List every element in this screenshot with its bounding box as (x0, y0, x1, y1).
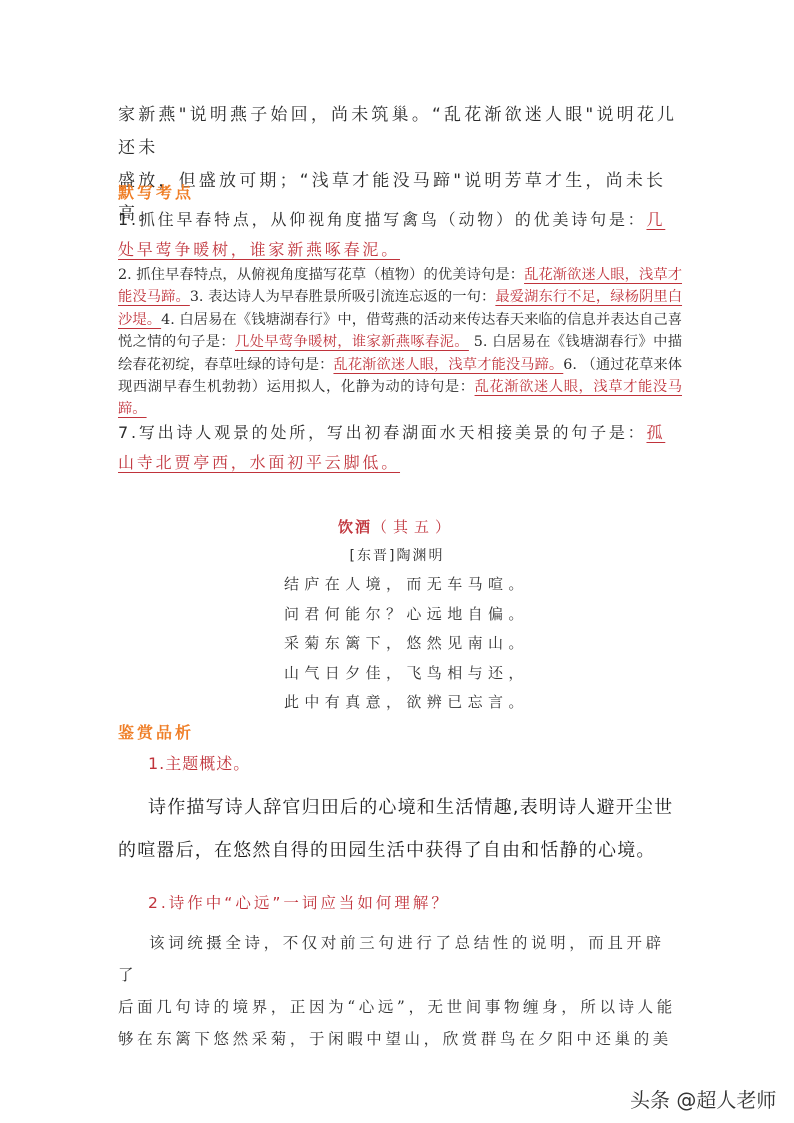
poem-title-sub: （其五） (372, 518, 456, 536)
section-2-body: 该词统摄全诗，不仅对前三句进行了总结性的说明，而且开辟了 后面几句诗的境界，正因… (118, 927, 680, 1055)
dictation-question-7: 7.写出诗人观景的处所，写出初春湖面水天相接美景的句子是：孤山寺北贾亭西，水面初… (118, 418, 678, 478)
section-2-line-3: 够在东篱下悠然采菊，于闲暇中望山，欣赏群鸟在夕阳中还巢的美 (118, 1023, 680, 1055)
question-7-prompt: 7.写出诗人观景的处所，写出初春湖面水天相接美景的句子是： (118, 423, 646, 442)
question-4-answer: 几处早莺争暖树，谁家新燕啄春泥。 (235, 334, 469, 350)
section-2-title: 2.诗作中“心远”一词应当如何理解？ (148, 891, 450, 913)
section-1-line-1: 诗作描写诗人辞官归田后的心境和生活情趣,表明诗人避开尘世 (118, 786, 680, 829)
section-2-line-1: 该词统摄全诗，不仅对前三句进行了总结性的说明，而且开辟了 (118, 927, 680, 991)
section-2-line-2: 后面几句诗的境界，正因为“心远”，无世间事物缠身，所以诗人能 (118, 991, 680, 1023)
poem-title-main: 饮酒 (338, 518, 372, 536)
poem-line: 山气日夕佳，飞鸟相与还， (284, 659, 529, 689)
poem-line: 结庐在人境，而无车马喧。 (284, 570, 529, 600)
question-5-answer: 乱花渐欲迷人眼，浅草才能没马蹄。 (333, 357, 563, 373)
dictation-question-1: 1.抓住早春特点，从仰视角度描写禽鸟（动物）的优美诗句是：几处早莺争暖树，谁家新… (118, 205, 678, 265)
section-1-body: 诗作描写诗人辞官归田后的心境和生活情趣,表明诗人避开尘世 的喧嚣后，在悠然自得的… (118, 786, 680, 872)
appreciation-heading: 鉴赏品析 (118, 720, 194, 743)
question-3-prompt: 3. 表达诗人为早春胜景所吸引流连忘返的一句： (190, 289, 496, 305)
document-page: 家新燕"说明燕子始回，尚未筑巢。“乱花渐欲迷人眼"说明花儿还未 盛放，但盛放可期… (0, 0, 794, 1123)
poem-title: 饮酒（其五） (0, 516, 794, 537)
dictation-heading: 默写考点 (118, 180, 194, 203)
poem-body: 结庐在人境，而无车马喧。 问君何能尔？心远地自偏。 采菊东篱下，悠然见南山。 山… (284, 570, 529, 718)
intro-line-1: 家新燕"说明燕子始回，尚未筑巢。“乱花渐欲迷人眼"说明花儿还未 (118, 99, 678, 165)
section-1-title: 1.主题概述。 (148, 751, 250, 774)
question-1-prompt: 1.抓住早春特点，从仰视角度描写禽鸟（动物）的优美诗句是： (118, 210, 646, 229)
watermark: 头条 @超人老师 (630, 1084, 776, 1113)
poem-line: 问君何能尔？心远地自偏。 (284, 600, 529, 630)
dictation-questions-2-6: 2. 抓住早春特点，从俯视角度描写花草（植物）的优美诗句是：乱花渐欲迷人眼，浅草… (118, 264, 682, 421)
poem-line: 采菊东篱下，悠然见南山。 (284, 629, 529, 659)
poem-author: [东晋]陶渊明 (0, 545, 794, 565)
question-2-prompt: 2. 抓住早春特点，从俯视角度描写花草（植物）的优美诗句是： (118, 267, 524, 283)
section-1-line-2: 的喧嚣后，在悠然自得的田园生活中获得了自由和恬静的心境。 (118, 829, 680, 872)
poem-line: 此中有真意，欲辨已忘言。 (284, 688, 529, 718)
